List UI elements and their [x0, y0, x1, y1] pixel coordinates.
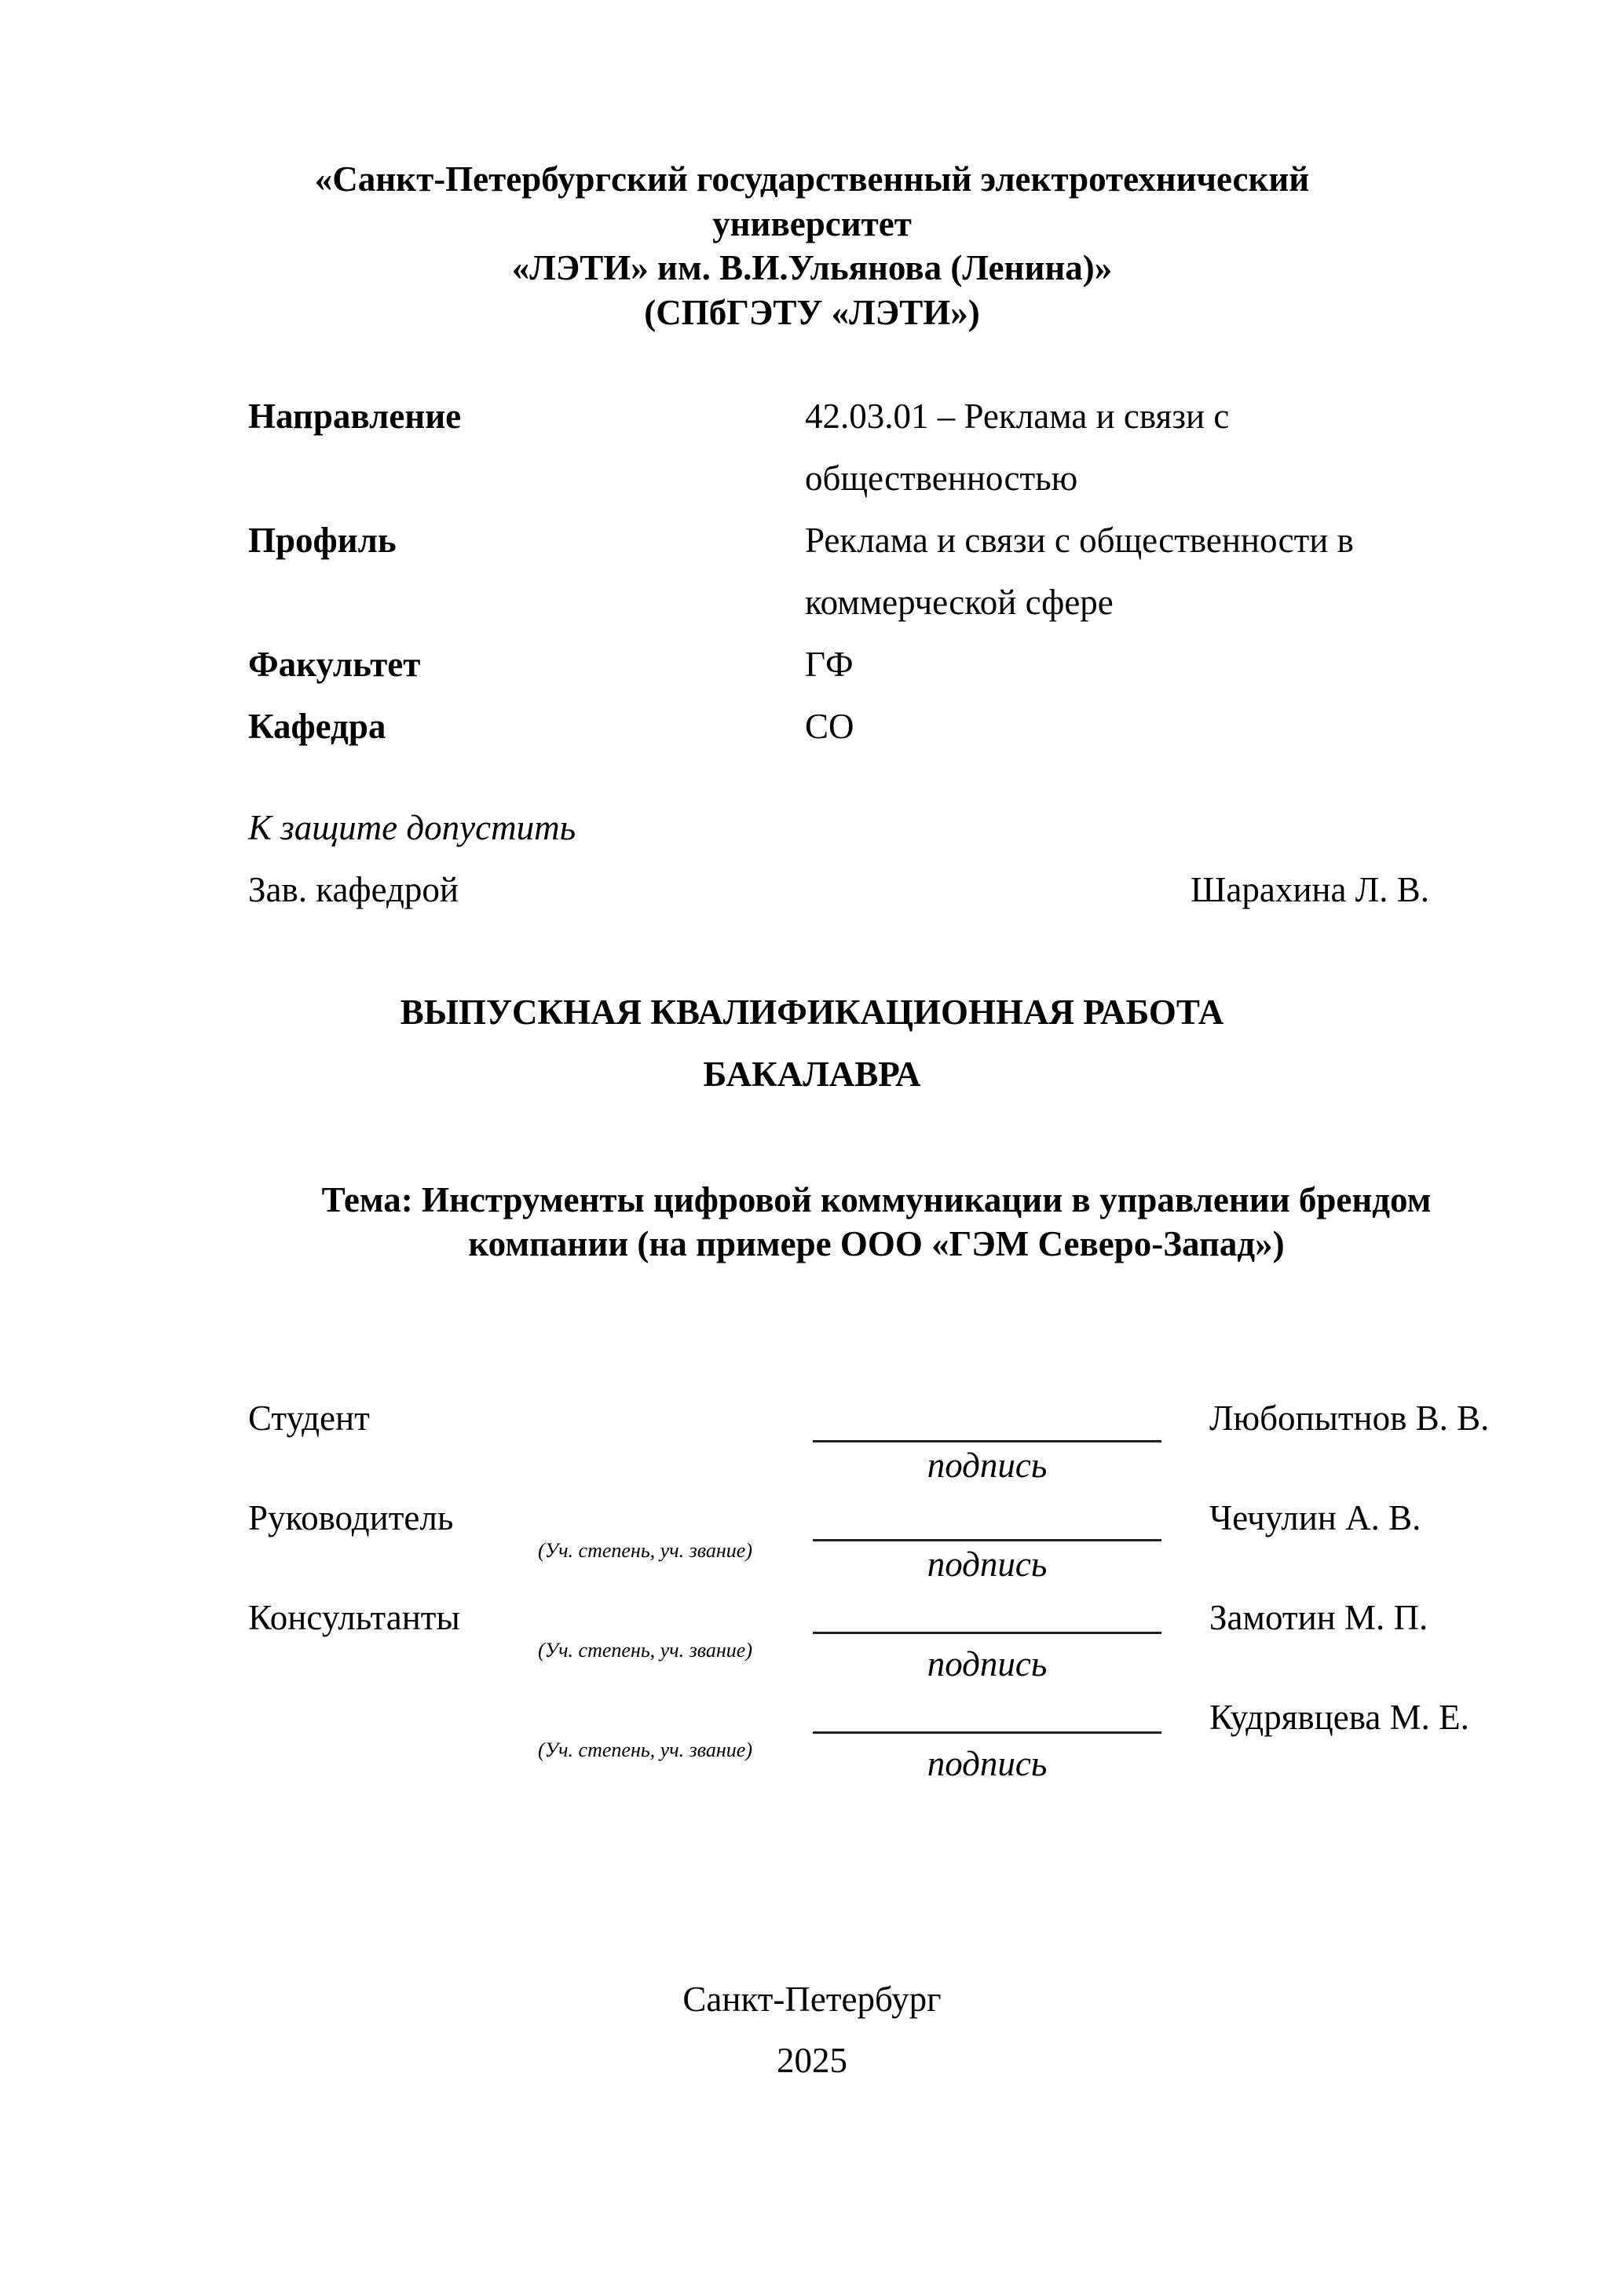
- role-supervisor: Руководитель: [248, 1497, 453, 1538]
- signature-line-consultant-1: [813, 1632, 1161, 1634]
- role-consultants: Консультанты: [248, 1597, 460, 1638]
- university-line-4: (СПбГЭТУ «ЛЭТИ»): [0, 291, 1624, 335]
- university-line-2: университет: [0, 202, 1624, 246]
- label-faculty: Факультет: [248, 644, 420, 685]
- value-profile-line-1: Реклама и связи с общественности в: [805, 520, 1354, 561]
- university-line-1: «Санкт-Петербургский государственный эле…: [0, 157, 1624, 201]
- signature-caption-consultant-1: подпись: [813, 1643, 1161, 1684]
- name-student: Любопытнов В. В.: [1209, 1398, 1489, 1439]
- topic-line-1: Тема: Инструменты цифровой коммуникации …: [248, 1179, 1505, 1220]
- role-student: Студент: [248, 1398, 370, 1439]
- name-consultant-2: Кудрявцева М. Е.: [1209, 1697, 1469, 1738]
- city: Санкт-Петербург: [0, 1979, 1624, 2020]
- signature-line-consultant-2: [813, 1731, 1161, 1734]
- degree-caption-consultant-1: (Уч. степень, уч. звание): [538, 1639, 752, 1662]
- signature-caption-student: подпись: [813, 1445, 1161, 1486]
- topic-line-2: компании (на примере ООО «ГЭМ Северо-Зап…: [248, 1223, 1505, 1264]
- label-direction: Направление: [248, 396, 461, 437]
- signature-line-student: [813, 1440, 1161, 1442]
- name-consultant-1: Замотин М. П.: [1209, 1597, 1428, 1638]
- signature-line-supervisor: [813, 1539, 1161, 1541]
- value-faculty: ГФ: [805, 644, 854, 685]
- signature-caption-consultant-2: подпись: [813, 1743, 1161, 1784]
- university-line-3: «ЛЭТИ» им. В.И.Ульянова (Ленина)»: [0, 246, 1624, 290]
- degree-caption-supervisor: (Уч. степень, уч. звание): [538, 1539, 752, 1563]
- signature-caption-supervisor: подпись: [813, 1544, 1161, 1585]
- name-supervisor: Чечулин А. В.: [1209, 1497, 1421, 1538]
- work-title-line-2: БАКАЛАВРА: [0, 1054, 1624, 1095]
- value-direction-line-2: общественностью: [805, 458, 1077, 499]
- head-of-department-name: Шарахина Л. В.: [1191, 869, 1429, 910]
- value-profile-line-2: коммерческой сфере: [805, 582, 1114, 623]
- work-title-line-1: ВЫПУСКНАЯ КВАЛИФИКАЦИОННАЯ РАБОТА: [0, 992, 1624, 1033]
- label-department: Кафедра: [248, 706, 386, 747]
- year: 2025: [0, 2040, 1624, 2081]
- degree-caption-consultant-2: (Уч. степень, уч. звание): [538, 1738, 752, 1762]
- head-of-department-label: Зав. кафедрой: [248, 869, 459, 910]
- admission-caption: К защите допустить: [248, 807, 576, 848]
- label-profile: Профиль: [248, 520, 397, 561]
- value-direction-line-1: 42.03.01 – Реклама и связи с: [805, 396, 1229, 437]
- value-department: СО: [805, 706, 854, 747]
